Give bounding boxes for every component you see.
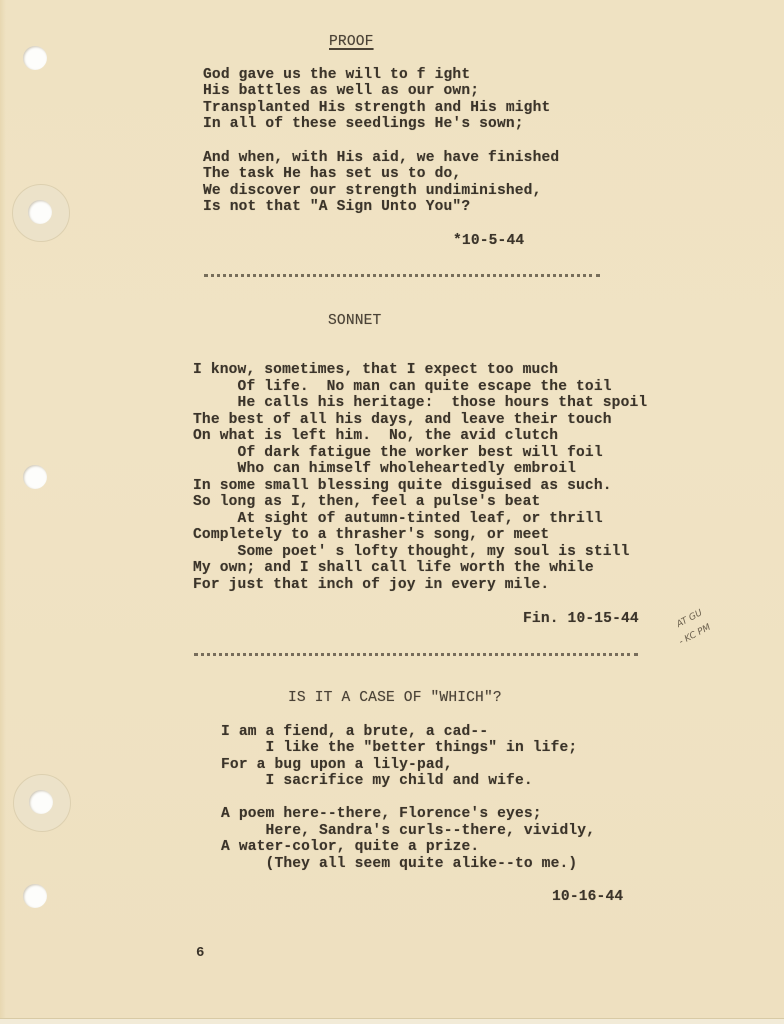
section-separator	[194, 649, 638, 656]
poem-line: A water-color, quite a prize.	[221, 839, 479, 856]
poem-date: *10-5-44	[453, 233, 524, 250]
poem-line: Of dark fatigue the worker best will foi…	[193, 445, 603, 462]
poem-date: 10-16-44	[552, 889, 623, 906]
punch-hole	[29, 790, 53, 814]
poem-line: A poem here--there, Florence's eyes;	[221, 806, 542, 823]
poem-line: At sight of autumn-tinted leaf, or thril…	[193, 511, 603, 528]
poem-line: Completely to a thrasher's song, or meet	[193, 527, 549, 544]
poem-line: For just that inch of joy in every mile.	[193, 577, 549, 594]
poem-date: Fin. 10-15-44	[523, 611, 639, 628]
poem-line: (They all seem quite alike--to me.)	[221, 856, 577, 873]
poem-line: My own; and I shall call life worth the …	[193, 560, 594, 577]
poem-line: In some small blessing quite disguised a…	[193, 478, 612, 495]
punch-hole	[23, 46, 47, 70]
poem-line: I sacrifice my child and wife.	[221, 773, 533, 790]
poem-title-sonnet: SONNET	[328, 313, 381, 330]
poem-line: I am a fiend, a brute, a cad--	[221, 724, 488, 741]
poem-line: So long as I, then, feel a pulse's beat	[193, 494, 540, 511]
poem-line: The task He has set us to do,	[203, 166, 461, 183]
poem-line: I like the "better things" in life;	[221, 740, 577, 757]
poem-line: Here, Sandra's curls--there, vividly,	[221, 823, 595, 840]
poem-line: We discover our strength undiminished,	[203, 183, 542, 200]
punch-hole	[23, 884, 47, 908]
poem-line: Some poet' s lofty thought, my soul is s…	[193, 544, 629, 561]
punch-hole	[23, 465, 47, 489]
poem-line: I know, sometimes, that I expect too muc…	[193, 362, 558, 379]
poem-line: Is not that "A Sign Unto You"?	[203, 199, 470, 216]
poem-line: He calls his heritage: those hours that …	[193, 395, 647, 412]
poem-line: Transplanted His strength and His might	[203, 100, 550, 117]
poem-line: God gave us the will to f ight	[203, 67, 470, 84]
poem-title-which: IS IT A CASE OF "WHICH"?	[288, 690, 502, 707]
punch-hole	[28, 200, 52, 224]
poem-line: And when, with His aid, we have finished	[203, 150, 559, 167]
poem-line: Who can himself wholeheartedly embroil	[193, 461, 576, 478]
poem-line: In all of these seedlings He's sown;	[203, 116, 524, 133]
poem-line: For a bug upon a lily-pad,	[221, 757, 453, 774]
page-number: 6	[196, 945, 204, 961]
poem-line: The best of all his days, and leave thei…	[193, 412, 612, 429]
section-separator	[204, 270, 600, 277]
poem-line: Of life. No man can quite escape the toi…	[193, 379, 612, 396]
poem-title-proof: PROOF	[329, 34, 374, 51]
poem-line: His battles as well as our own;	[203, 83, 479, 100]
typed-page: PROOF God gave us the will to f ight His…	[0, 0, 784, 1019]
poem-line: On what is left him. No, the avid clutch	[193, 428, 558, 445]
